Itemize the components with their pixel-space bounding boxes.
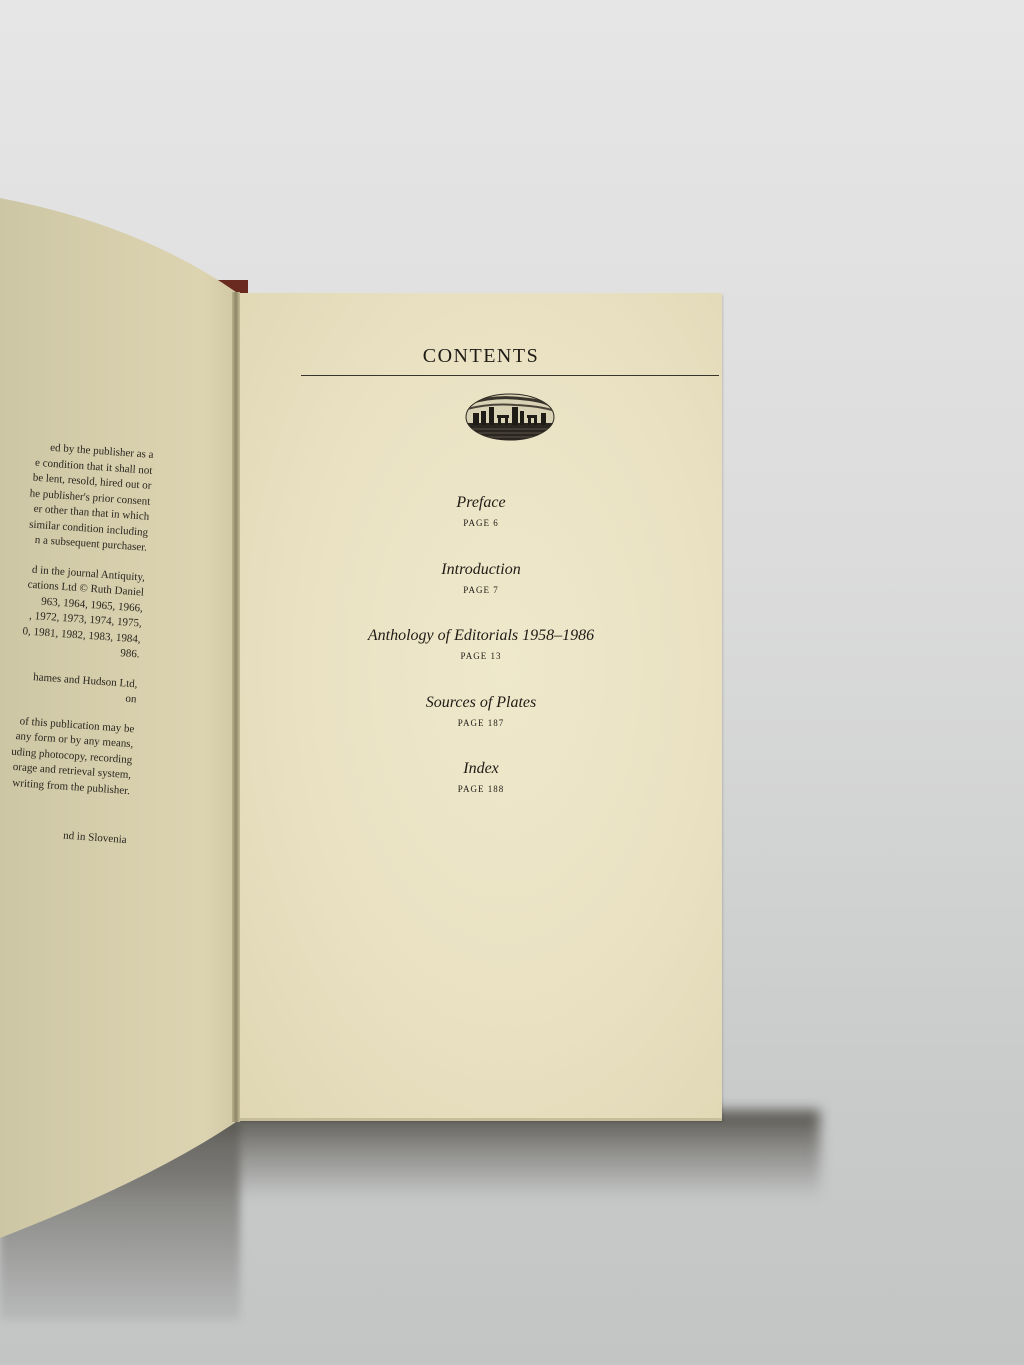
toc-entry-title: Sources of Plates [240,693,722,713]
toc-entry-page: PAGE 188 [240,782,722,796]
toc-entry-page: PAGE 7 [240,583,722,597]
table-of-contents: Preface PAGE 6 Introduction PAGE 7 Antho… [240,493,722,826]
toc-entry-page: PAGE 6 [240,516,722,530]
toc-entry[interactable]: Anthology of Editorials 1958–1986 PAGE 1… [240,626,722,693]
toc-entry-title: Anthology of Editorials 1958–1986 [240,626,722,646]
toc-entry-page: PAGE 187 [240,716,722,730]
title-rule [301,375,719,376]
toc-entry-title: Introduction [240,560,722,580]
page-edge [240,1118,722,1121]
book-gutter [232,292,240,1122]
toc-entry-title: Index [240,759,722,779]
toc-entry-page: PAGE 13 [240,649,722,663]
toc-entry[interactable]: Preface PAGE 6 [240,493,722,560]
page-title: CONTENTS [240,345,722,368]
toc-entry-title: Preface [240,493,722,513]
toc-entry[interactable]: Index PAGE 188 [240,759,722,826]
contents-page: CONTENTS [240,293,722,1120]
toc-entry[interactable]: Introduction PAGE 7 [240,560,722,627]
copyright-paragraph-1: ed by the publisher as a e condition tha… [0,437,154,849]
toc-entry[interactable]: Sources of Plates PAGE 187 [240,693,722,760]
open-book-photo: ed by the publisher as a e condition tha… [0,0,1024,1365]
stonehenge-engraving-icon [465,393,555,441]
